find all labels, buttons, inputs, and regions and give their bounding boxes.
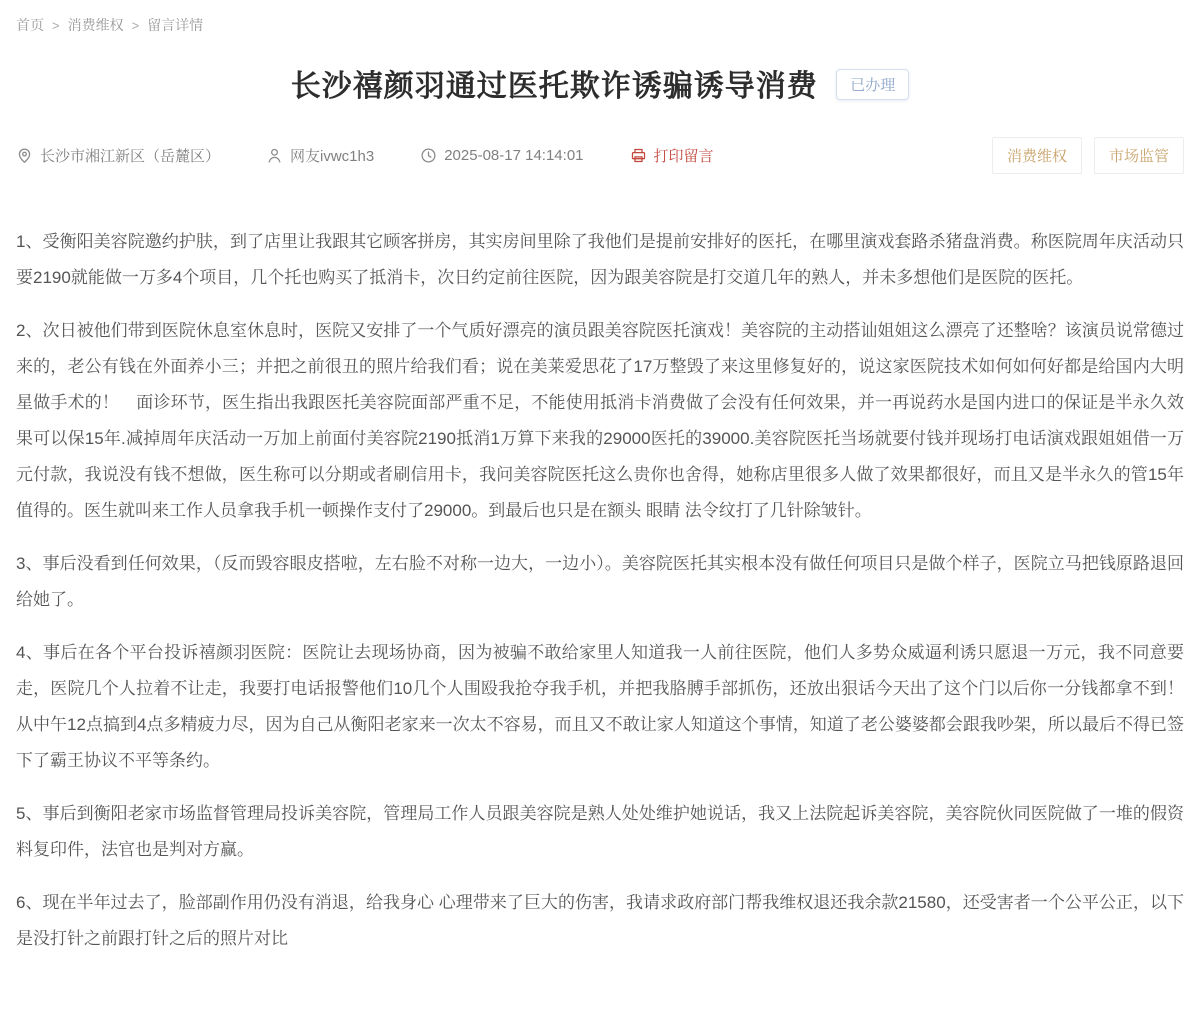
- tag-group: 消费维权 市场监管: [992, 137, 1184, 174]
- printer-icon: [630, 147, 647, 164]
- clock-icon: [420, 147, 437, 164]
- title-row: 长沙禧颜羽通过医托欺诈诱骗诱导消费 已办理: [0, 61, 1200, 105]
- tag-consumer-rights[interactable]: 消费维权: [992, 137, 1082, 174]
- user-icon: [266, 147, 283, 164]
- datetime-text: 2025-08-17 14:14:01: [444, 147, 583, 164]
- status-badge: 已办理: [836, 69, 909, 100]
- complaint-paragraph-3: 3、事后没看到任何效果，（反而毁容眼皮搭啦，左右脸不对称一边大，一边小）。美容院…: [16, 546, 1184, 618]
- user-meta: 网友ivwc1h3: [266, 145, 374, 166]
- breadcrumb-consumer-rights[interactable]: 消费维权: [68, 15, 124, 35]
- complaint-paragraph-5: 5、事后到衡阳老家市场监督管理局投诉美容院，管理局工作人员跟美容院是熟人处处维护…: [16, 796, 1184, 868]
- complaint-paragraph-6: 6、现在半年过去了，脸部副作用仍没有消退，给我身心 心理带来了巨大的伤害，我请求…: [16, 885, 1184, 957]
- datetime-meta: 2025-08-17 14:14:01: [420, 147, 583, 164]
- location-meta: 长沙市湘江新区（岳麓区）: [16, 145, 220, 166]
- complaint-paragraph-4: 4、事后在各个平台投诉禧颜羽医院：医院让去现场协商，因为被骗不敢给家里人知道我一…: [16, 635, 1184, 779]
- complaint-content: 1、受衡阳美容院邀约护肤，到了店里让我跟其它顾客拼房，其实房间里除了我他们是提前…: [0, 224, 1200, 1014]
- complaint-paragraph-1: 1、受衡阳美容院邀约护肤，到了店里让我跟其它顾客拼房，其实房间里除了我他们是提前…: [16, 224, 1184, 296]
- breadcrumb: 首页 > 消费维权 > 留言详情: [0, 0, 1200, 45]
- print-label: 打印留言: [654, 145, 714, 166]
- user-text: 网友ivwc1h3: [290, 145, 374, 166]
- location-text: 长沙市湘江新区（岳麓区）: [40, 145, 220, 166]
- page-title: 长沙禧颜羽通过医托欺诈诱骗诱导消费: [291, 70, 818, 103]
- complaint-paragraph-2: 2、次日被他们带到医院休息室休息时，医院又安排了一个气质好漂亮的演员跟美容院医托…: [16, 313, 1184, 529]
- location-pin-icon: [16, 147, 33, 164]
- meta-row: 长沙市湘江新区（岳麓区） 网友ivwc1h3 2025-08-17 14:14:…: [0, 137, 1200, 174]
- breadcrumb-message-detail: 留言详情: [147, 15, 203, 35]
- breadcrumb-separator: >: [132, 18, 140, 33]
- breadcrumb-separator: >: [52, 18, 60, 33]
- breadcrumb-home[interactable]: 首页: [16, 15, 44, 35]
- print-message-button[interactable]: 打印留言: [630, 145, 714, 166]
- tag-market-supervision[interactable]: 市场监管: [1094, 137, 1184, 174]
